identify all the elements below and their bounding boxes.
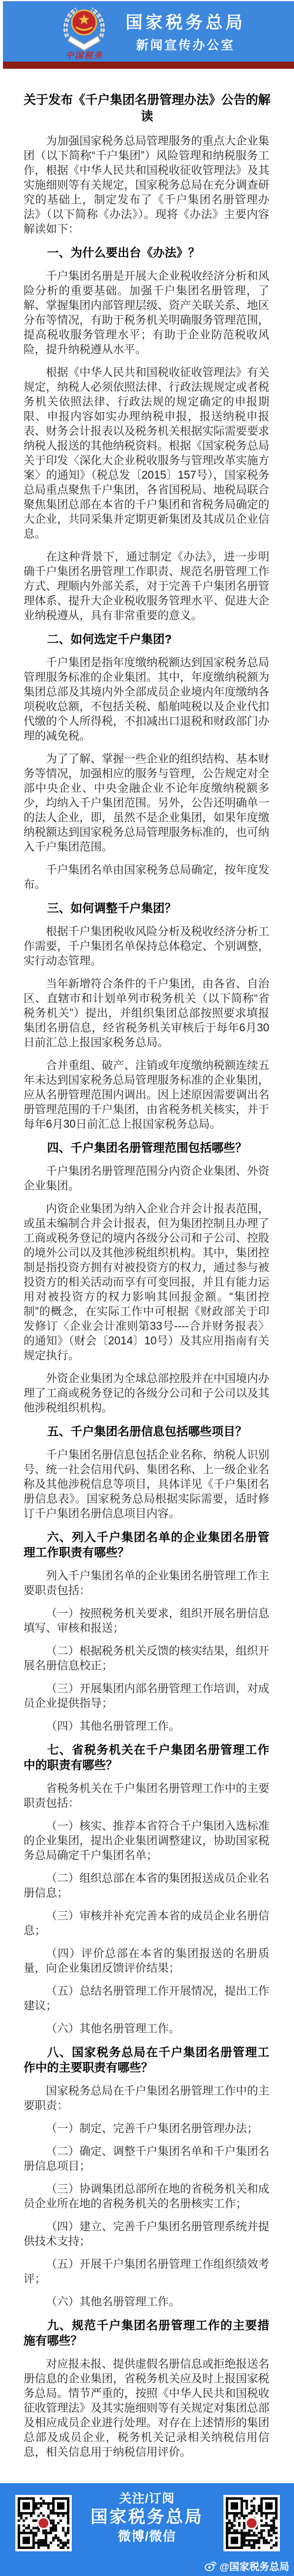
weibo-qr-code <box>223 2495 280 2551</box>
section-heading: 八、国家税务总局在千户集团名册管理工作中的主要职责有哪些？ <box>24 2045 269 2076</box>
paragraph: （三）开展集团内部名册管理工作培训，对成员企业提供指导； <box>24 1682 269 1711</box>
paragraph: （二）组织总部在本省的集团报送成员企业名册信息； <box>24 1871 269 1901</box>
paragraph: （四）评价总部在本省的集团报送的名册质量，向企业集团反馈评价结果； <box>24 1946 269 1976</box>
footer-org-line: 国家税务总局 <box>76 2507 218 2528</box>
paragraph: （四）其他名册管理工作。 <box>24 1719 269 1734</box>
paragraph: （五）开展千户集团名册管理工作组织绩效考评； <box>24 2257 269 2286</box>
qr-pattern-icon <box>226 2497 278 2549</box>
paragraph: 千户集团是指年度缴纳税额达到国家税务总局管理服务标准的企业集团。其中，年度缴纳税… <box>24 655 269 744</box>
paragraph: 内资企业集团为纳入企业合并会计报表范围，或虽未编制合并会计报表，但为集团控制且办… <box>24 1202 269 1363</box>
paragraph: 为加强国家税务总局管理服务的重点大企业集团（以下简称“千户集团”）风险管理和纳税… <box>24 134 269 237</box>
qr-pattern-icon <box>18 2497 69 2549</box>
paragraph: 根据千户集团税收风险分析及税收经济分析工作需要，千户集团名单保持总体稳定、个别调… <box>24 924 269 968</box>
paragraph: 根据《中华人民共和国税收征收管理法》有关规定，纳税人必须依照法律、行政法规规定或… <box>24 365 269 542</box>
section-heading: 四、千户集团名册管理范围包括哪些？ <box>24 1141 269 1156</box>
logo-caption: 中国税务 <box>51 51 117 59</box>
footer-banner: 关注/订阅 国家税务总局 微博/微信 @国家税务总局 <box>0 2483 294 2576</box>
section-heading: 二、如何选定千户集团? <box>24 632 269 647</box>
section-heading: 三、如何调整千户集团？ <box>24 901 269 916</box>
paragraph: 当年新增符合条件的千户集团，由各省、自治区、直辖市和计划单列市税务机关（以下简称… <box>24 977 269 1050</box>
org-name: 国家税务总局 <box>125 9 245 33</box>
paragraph: 外资企业集团为全球总部控股并在中国境内办理了工商或税务登记的各级分公司和子公司以… <box>24 1371 269 1415</box>
paragraph: （一）制定、完善千户集团名册管理办法； <box>24 2121 269 2136</box>
paragraph: 千户集团名单由国家税务总局确定，按年度发布。 <box>24 863 269 892</box>
footer-follow-line: 关注/订阅 <box>76 2491 218 2507</box>
paragraph: 省税务机关在千户集团名册管理工作中的主要职责包括： <box>24 1781 269 1811</box>
paragraph: 在这种背景下，通过制定《办法》，进一步明确千户集团名册管理工作职责、规范名册管理… <box>24 550 269 623</box>
header-banner: 中国税务 国家税务总局 新闻宣传办公室 <box>3 1 294 62</box>
paragraph: 为了了解、掌握一些企业的组织结构、基本财务等情况，加强相应的服务与管理，公告规定… <box>24 752 269 855</box>
paragraph: 合并重组、破产、注销或年度缴纳税额连续五年未达到国家税务总局管理服务标准的企业集… <box>24 1058 269 1132</box>
paragraph: （三）审核并补充完善本省的成员企业名册信息； <box>24 1909 269 1938</box>
paragraph: 千户集团名册信息包括企业名称、纳税人识别号、统一社会信用代码、集团名称、上一级企… <box>24 1448 269 1521</box>
paragraph: 列入千户集团名单的企业集团名册管理工作主要职责包括： <box>24 1569 269 1598</box>
paragraph: 对应报未报、提供虚假名册信息或拒绝报送名册信息的企业集团，省税务机关应及时上报国… <box>24 2357 269 2460</box>
paragraph: （一）核实、推荐本省符合千户集团入选标准的企业集团，提出企业集团调整建议，协助国… <box>24 1819 269 1863</box>
section-heading: 九、规范千户集团名册管理工作的主要措施有哪些？ <box>24 2318 269 2349</box>
section-heading: 五、千户集团名册信息包括哪些项目？ <box>24 1424 269 1440</box>
paragraph: 千户集团名册是开展大企业税收经济分析和风险分析的重要基础。加强千户集团名册管理，… <box>24 269 269 357</box>
paragraph: （五）总结名册管理工作开展情况，提出工作建议； <box>24 1984 269 2013</box>
accent-stripe <box>3 62 294 69</box>
paragraph: （四）建立、完善千户集团名册管理系统并提供技术支持； <box>24 2219 269 2249</box>
paragraph: （一）按照税务机关要求，组织开展名册信息填写、审核和报送； <box>24 1606 269 1636</box>
page-title: 关于发布《千户集团名册管理办法》公告的解读 <box>18 92 276 126</box>
section-heading: 七、省税务机关在千户集团名册管理工作中的职责有哪些？ <box>24 1743 269 1773</box>
paragraph: 国家税务总局在千户集团名册管理工作中的主要职责： <box>24 2084 269 2113</box>
paragraph: （二）确定、调整千户集团名单和千户集团名册信息项目； <box>24 2144 269 2174</box>
article-body: 为加强国家税务总局管理服务的重点大企业集团（以下简称“千户集团”）风险管理和纳税… <box>0 134 294 2483</box>
tax-emblem-logo: 中国税务 <box>51 4 117 59</box>
paragraph: （六）其他名册管理工作。 <box>24 2022 269 2036</box>
section-heading: 一、为什么要出台《办法》？ <box>24 246 269 261</box>
tax-emblem-icon <box>52 4 116 51</box>
wechat-qr-code <box>15 2495 72 2551</box>
paragraph: （三）协调集团总部所在地的省税务机关和成员企业所在地的省税务机关的名册核实工作； <box>24 2182 269 2211</box>
paragraph: 千户集团名册管理范围分内资企业集团、外资企业集团。 <box>24 1164 269 1193</box>
paragraph: （六）其他名册管理工作。 <box>24 2295 269 2309</box>
footer-channel-line: 微博/微信 <box>76 2528 218 2545</box>
office-name: 新闻宣传办公室 <box>125 36 245 53</box>
weibo-handle: @国家税务总局 <box>219 2558 289 2573</box>
paragraph: （二）根据税务机关反馈的核实结果，组织开展名册信息校正； <box>24 1644 269 1673</box>
section-heading: 六、列入千户集团名单的企业集团名册管理工作职责有哪些？ <box>24 1530 269 1561</box>
weibo-icon <box>204 2560 217 2571</box>
